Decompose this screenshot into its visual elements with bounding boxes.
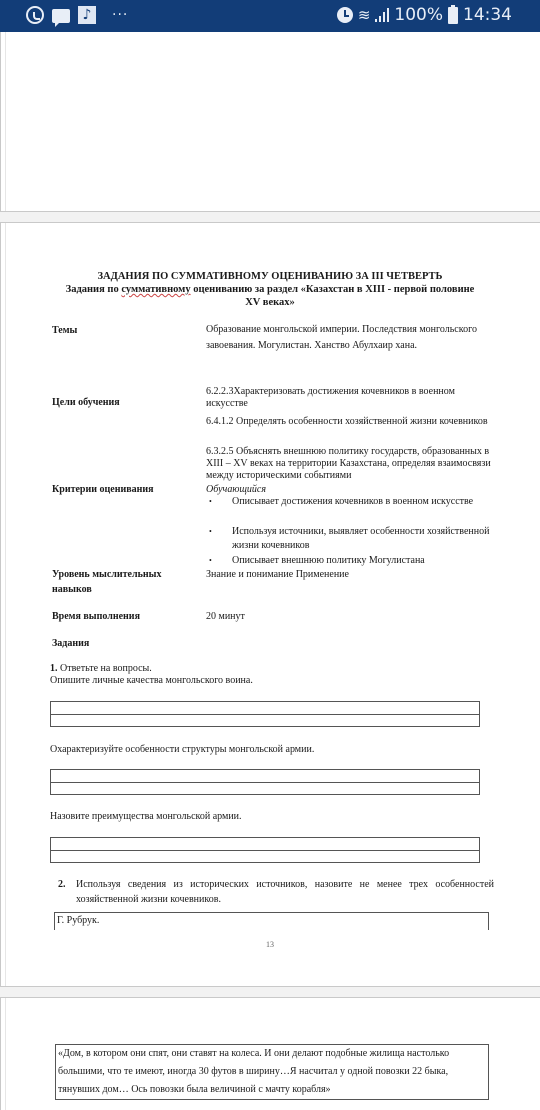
task1-number: 1. bbox=[50, 663, 58, 674]
goal-1: 6.2.2.3Характеризовать достижения кочевн… bbox=[206, 386, 496, 410]
tasks-label: Задания bbox=[52, 636, 89, 651]
document-title: ЗАДАНИЯ ПО СУММАТИВНОМУ ОЦЕНИВАНИЮ ЗА II… bbox=[0, 270, 540, 309]
answer-box-2[interactable] bbox=[50, 769, 480, 795]
topics-label: Темы bbox=[52, 323, 77, 338]
battery-icon bbox=[448, 7, 458, 24]
document-page-previous[interactable] bbox=[0, 32, 540, 211]
source-author: Г. Рубрук. bbox=[57, 915, 99, 926]
whatsapp-icon bbox=[26, 6, 44, 24]
skills-value: Знание и понимание Применение bbox=[206, 567, 496, 582]
status-bar: ♪ ··· ≋ 100% 14:34 bbox=[0, 0, 540, 32]
task2-number: 2. bbox=[58, 877, 66, 892]
skills-label-line2: навыков bbox=[52, 582, 161, 597]
skills-label: Уровень мыслительных навыков bbox=[52, 567, 161, 597]
page-separator bbox=[0, 211, 540, 223]
wifi-icon: ≋ bbox=[358, 6, 371, 24]
goal-2: 6.4.1.2 Определять особенности хозяйстве… bbox=[206, 416, 496, 428]
answer-box-1[interactable] bbox=[50, 701, 480, 727]
page-number: 13 bbox=[0, 940, 540, 949]
task2-question: Используя сведения из исторических источ… bbox=[76, 879, 494, 905]
time-value: 20 минут bbox=[206, 609, 496, 624]
topics-value: Образование монгольской империи. Последс… bbox=[206, 322, 496, 354]
more-dots-icon: ··· bbox=[112, 7, 128, 23]
music-app-icon: ♪ bbox=[78, 6, 96, 24]
source-box: Г. Рубрук. bbox=[54, 912, 489, 930]
criteria-label: Критерии оценивания bbox=[52, 482, 154, 497]
goals-label: Цели обучения bbox=[52, 395, 120, 410]
title-line-1: ЗАДАНИЯ ПО СУММАТИВНОМУ ОЦЕНИВАНИЮ ЗА II… bbox=[0, 270, 540, 283]
alarm-icon bbox=[337, 7, 353, 23]
task1-question-3: Назовите преимущества монгольской армии. bbox=[50, 811, 242, 823]
spellcheck-word: суммативному bbox=[121, 284, 190, 295]
criterion-1: Описывает достижения кочевников в военно… bbox=[206, 495, 496, 509]
criterion-3: Описывает внешнюю политику Могулистана bbox=[206, 554, 496, 568]
criterion-2: Используя источники, выявляет особенност… bbox=[206, 525, 496, 553]
task1-question-2: Охарактеризуйте особенности структуры мо… bbox=[50, 744, 314, 756]
time-label: Время выполнения bbox=[52, 609, 140, 624]
answer-box-3[interactable] bbox=[50, 837, 480, 863]
title-text: Задания по bbox=[66, 284, 122, 295]
task1-question-1: Опишите личные качества монгольского вои… bbox=[50, 675, 253, 687]
page-separator bbox=[0, 986, 540, 998]
title-line-2: Задания по суммативному оцениванию за ра… bbox=[0, 283, 540, 296]
task1-intro: Ответьте на вопросы. bbox=[58, 663, 152, 674]
criteria-intro-text: Обучающийся bbox=[206, 484, 266, 495]
title-text: оцениванию за раздел «Казахстан в XIII -… bbox=[191, 284, 475, 295]
skills-label-line1: Уровень мыслительных bbox=[52, 567, 161, 582]
source-quote: «Дом, в котором они спят, они ставят на … bbox=[55, 1044, 489, 1100]
goal-3: 6.3.2.5 Объяснять внешнюю политику госуд… bbox=[206, 446, 496, 482]
task2-text: 2.Используя сведения из исторических ист… bbox=[58, 877, 494, 907]
battery-percent: 100% bbox=[394, 5, 443, 25]
signal-icon bbox=[375, 8, 389, 22]
task1-heading: 1. Ответьте на вопросы. bbox=[50, 663, 152, 675]
message-icon bbox=[52, 9, 70, 23]
clock: 14:34 bbox=[463, 5, 512, 25]
title-line-3: XV веках» bbox=[0, 296, 540, 309]
